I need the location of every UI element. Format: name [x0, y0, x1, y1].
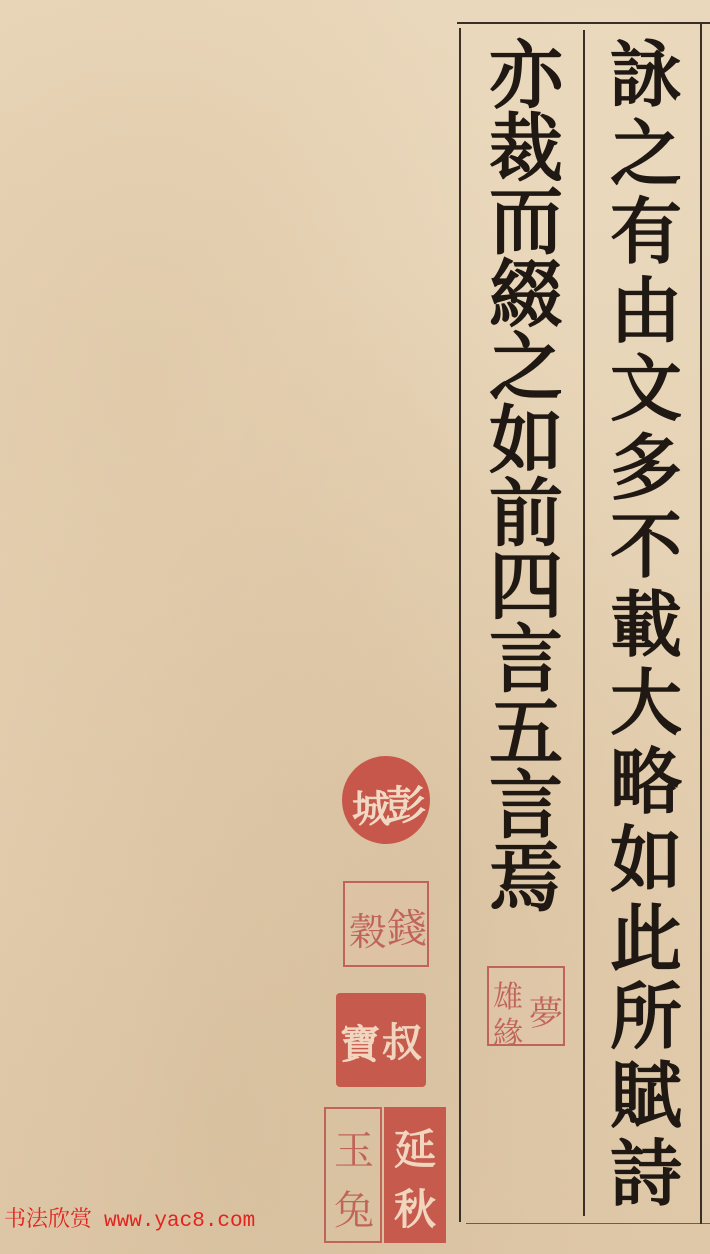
char: 四: [489, 551, 563, 624]
char: 前: [489, 478, 563, 551]
square-seal-solid: 寶 叔: [336, 993, 426, 1087]
char: 綴: [489, 259, 563, 332]
round-seal: 城 彭: [342, 756, 430, 844]
seal-glyph: 兔: [334, 1179, 374, 1236]
char: 大: [610, 664, 682, 743]
seal-glyph: 城: [352, 778, 390, 833]
char: 所: [610, 978, 682, 1057]
seal-glyph: 彭: [386, 774, 426, 831]
frame-right-rule: [700, 22, 702, 1224]
square-seal-1: 穀 錢: [343, 881, 429, 967]
char: 有: [610, 193, 682, 272]
column-divider-rule: [583, 30, 585, 1216]
char: 詩: [610, 1135, 682, 1214]
calligraphy-column-left: 亦 裁 而 綴 之 如 前 四 言 五 言 焉: [472, 40, 580, 916]
char: 此: [610, 900, 682, 979]
seal-glyph: 延: [394, 1117, 436, 1177]
calligraphy-column-right: 詠 之 有 由 文 多 不 載 大 略 如 此 所 賦 詩: [594, 36, 698, 1214]
watermark-url: www.yac8.com: [104, 1210, 255, 1233]
double-seal-right-half: 延 秋: [384, 1107, 446, 1243]
frame-top-rule: [457, 22, 710, 24]
char: 載: [610, 586, 682, 665]
char: 之: [489, 332, 563, 405]
frame-bottom-rule: [466, 1223, 710, 1224]
seal-glyph: 寶: [340, 1013, 380, 1070]
char: 文: [610, 350, 682, 429]
char: 言: [489, 770, 563, 843]
small-seal: 雄 緣 夢: [487, 966, 565, 1046]
char: 裁: [489, 113, 563, 186]
char: 焉: [489, 843, 563, 916]
char: 賦: [610, 1057, 682, 1136]
char: 詠: [610, 36, 682, 115]
seal-glyph: 叔: [382, 1011, 422, 1068]
seal-glyph: 夢: [529, 986, 563, 1035]
char: 五: [489, 697, 563, 770]
watermark-cn-text: 书法欣赏: [4, 1207, 92, 1232]
char: 由: [610, 272, 682, 351]
seal-glyph: 穀: [349, 901, 387, 956]
seal-glyph: 緣: [493, 1008, 523, 1052]
char: 之: [610, 115, 682, 194]
seal-glyph: 秋: [394, 1177, 436, 1237]
frame-left-rule: [459, 28, 461, 1222]
char: 而: [489, 186, 563, 259]
char: 略: [610, 743, 682, 822]
seal-glyph: 錢: [387, 897, 427, 954]
char: 如: [489, 405, 563, 478]
char: 如: [610, 821, 682, 900]
char: 多: [610, 429, 682, 508]
char: 不: [610, 507, 682, 586]
char: 亦: [489, 40, 563, 113]
seal-glyph: 玉: [334, 1119, 374, 1176]
double-seal-left-half: 玉 兔: [324, 1107, 382, 1243]
char: 言: [489, 624, 563, 697]
double-seal: 玉 兔 延 秋: [324, 1107, 446, 1243]
watermark: 书法欣赏www.yac8.com: [4, 1202, 255, 1233]
